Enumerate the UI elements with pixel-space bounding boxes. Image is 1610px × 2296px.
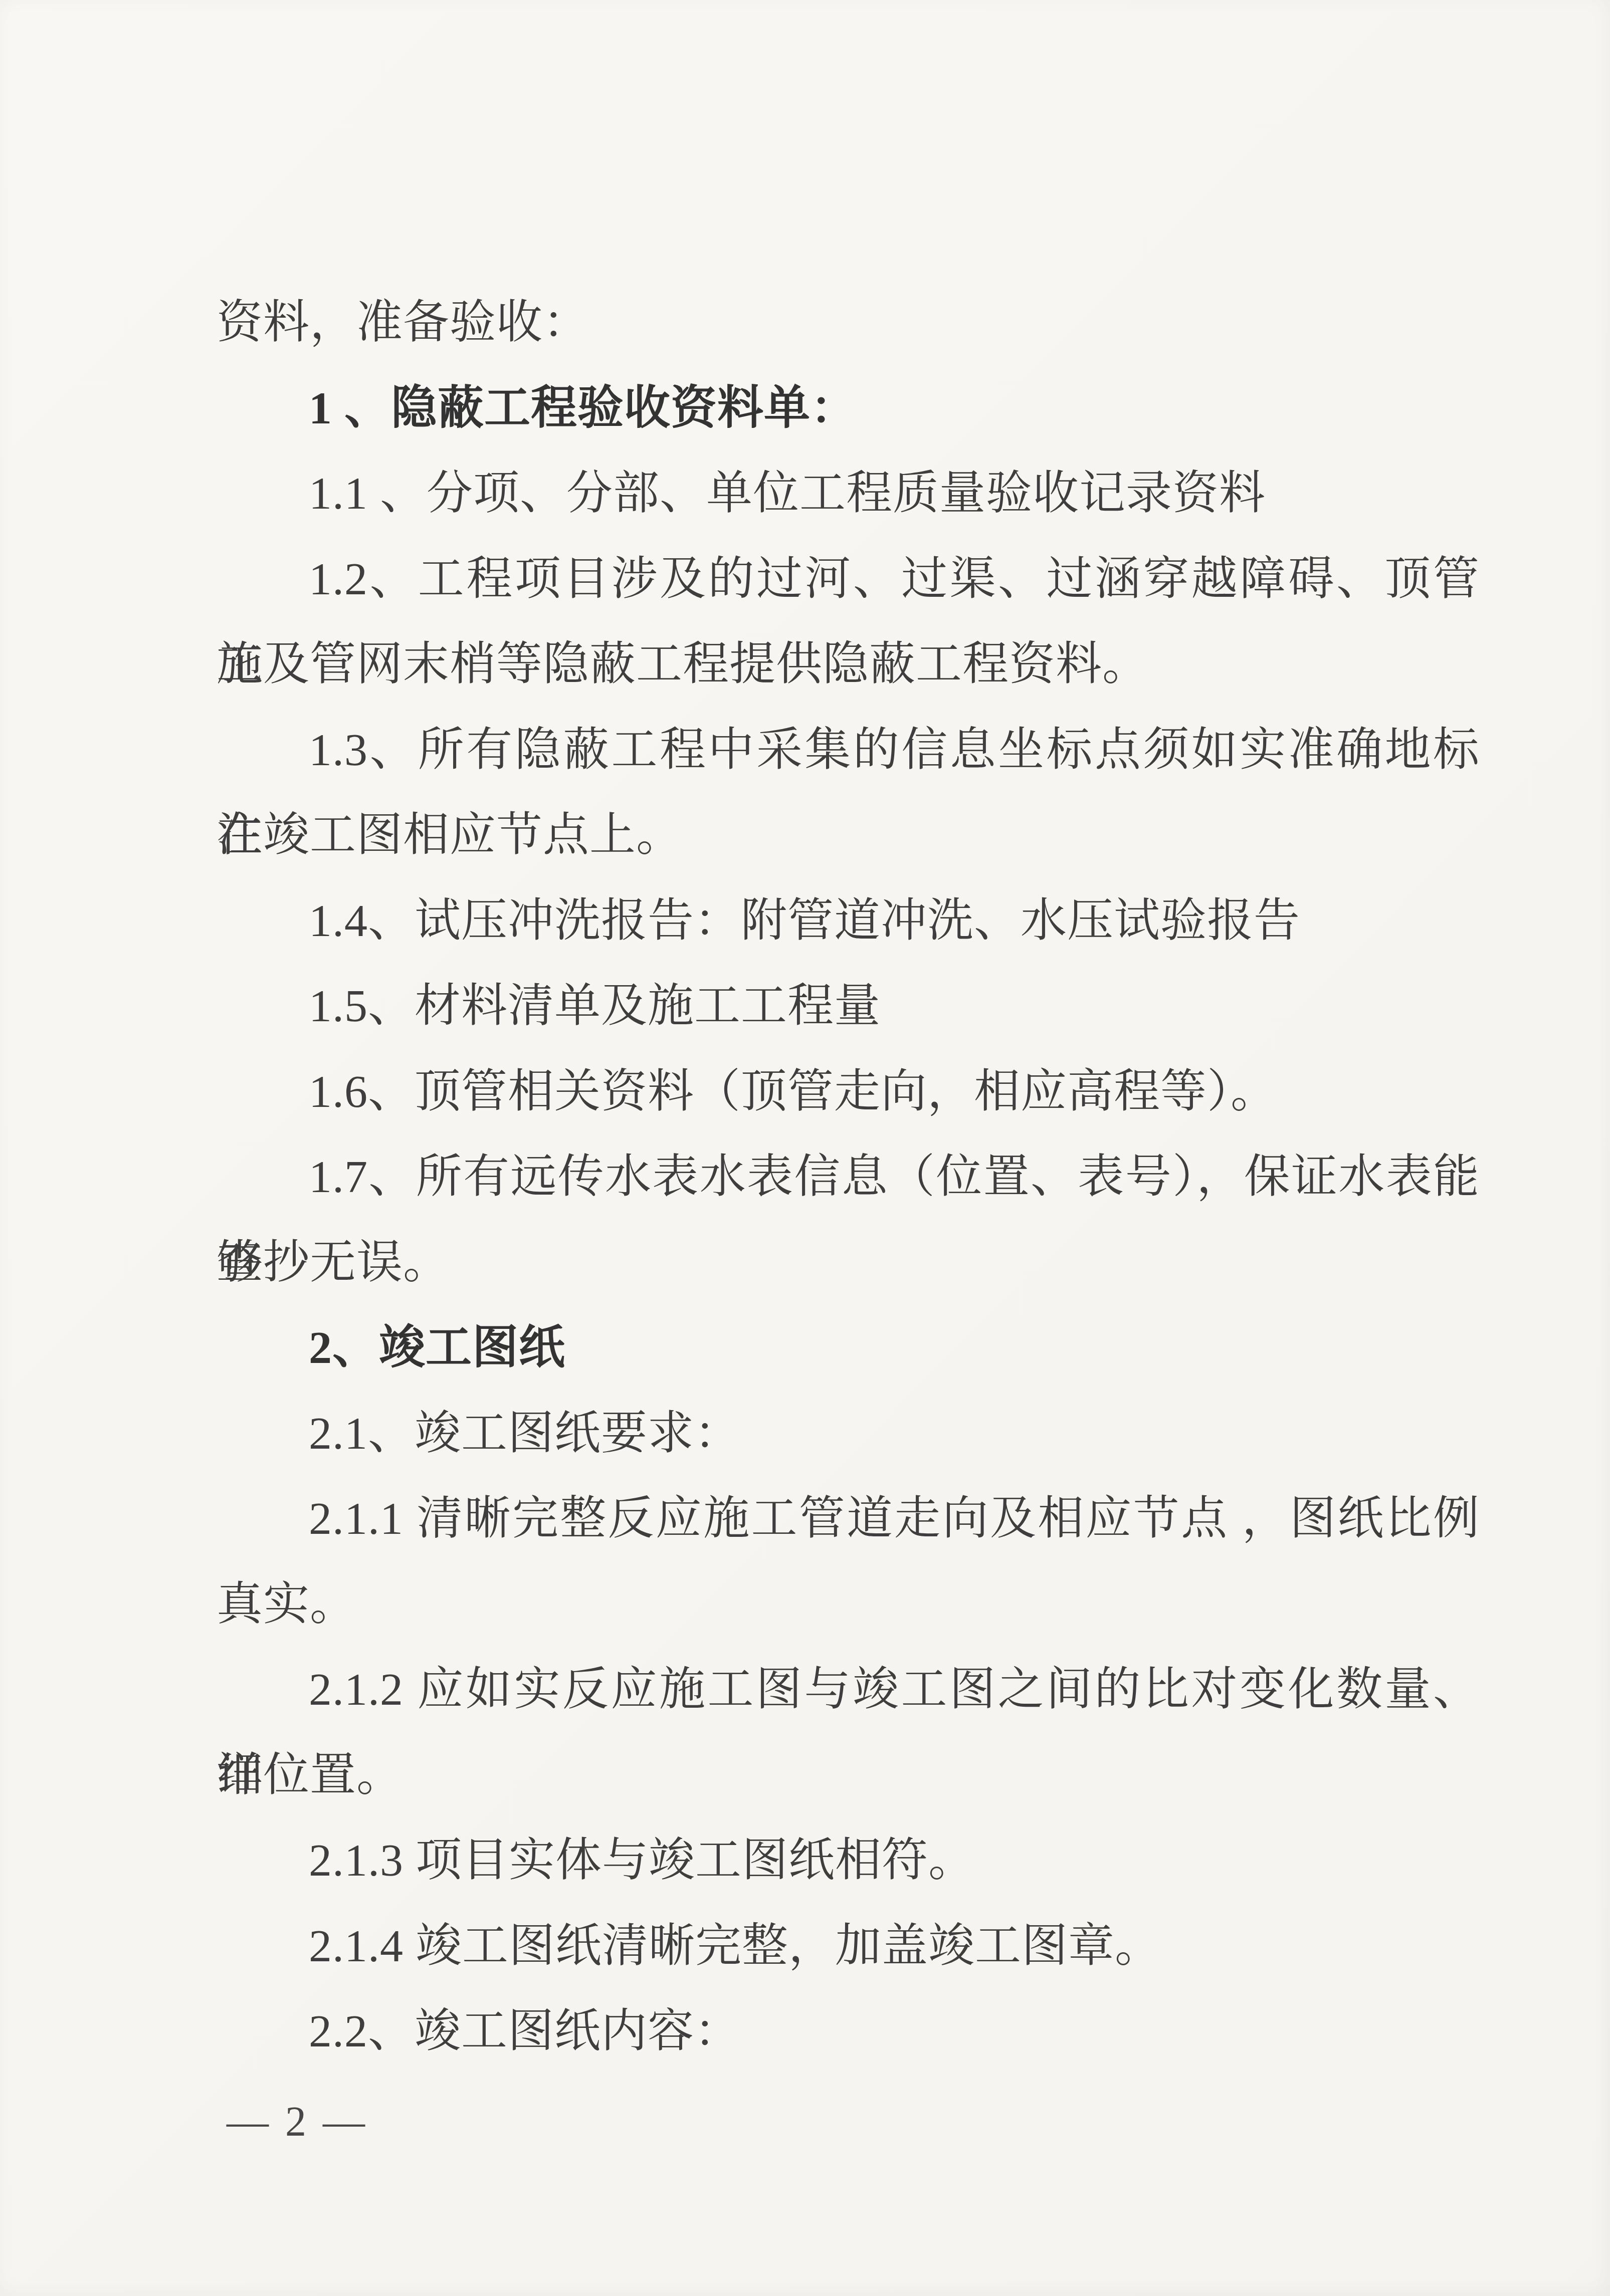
doc-line: 1.5、材料清单及施工工程量 [217, 963, 1480, 1049]
section-2-heading: 2、竣工图纸 [217, 1305, 1480, 1391]
doc-line: 资料，准备验收： [217, 280, 1480, 365]
doc-line: 细位置。 [217, 1732, 1480, 1818]
doc-line: 1.6、顶管相关资料（顶管走向，相应高程等）。 [217, 1049, 1480, 1134]
doc-line: 查抄无误。 [217, 1220, 1480, 1305]
page-number: — 2 — [227, 2080, 368, 2165]
doc-line: 1.2、工程项目涉及的过河、过渠、过涵穿越障碍、顶管施 [217, 536, 1480, 622]
doc-line: 1.7、所有远传水表水表信息（位置、表号），保证水表能够 [217, 1134, 1480, 1220]
doc-line: 1.3、所有隐蔽工程中采集的信息坐标点须如实准确地标注 [217, 707, 1480, 793]
doc-line: 1.4、试压冲洗报告：附管道冲洗、水压试验报告 [217, 878, 1480, 964]
document-page: 资料，准备验收： 1 、隐蔽工程验收资料单： 1.1 、分项、分部、单位工程质量… [0, 0, 1610, 2296]
doc-line: 1.1 、分项、分部、单位工程质量验收记录资料 [217, 450, 1480, 536]
doc-line: 2.1.4 竣工图纸清晰完整，加盖竣工图章。 [217, 1903, 1480, 1989]
doc-line: 2.1.3 项目实体与竣工图纸相符。 [217, 1817, 1480, 1903]
document-body: 资料，准备验收： 1 、隐蔽工程验收资料单： 1.1 、分项、分部、单位工程质量… [217, 280, 1480, 2074]
section-1-heading: 1 、隐蔽工程验收资料单： [217, 365, 1480, 451]
doc-line: 2.1.2 应如实反应施工图与竣工图之间的比对变化数量、详 [217, 1647, 1480, 1732]
doc-line: 2.2、竣工图纸内容： [217, 1988, 1480, 2074]
doc-line: 在竣工图相应节点上。 [217, 792, 1480, 878]
doc-line: 2.1、竣工图纸要求： [217, 1391, 1480, 1476]
doc-line: 工及管网末梢等隐蔽工程提供隐蔽工程资料。 [217, 621, 1480, 707]
doc-line: 2.1.1 清晰完整反应施工管道走向及相应节点 ，图纸比例 [217, 1476, 1480, 1561]
doc-line: 真实。 [217, 1561, 1480, 1647]
